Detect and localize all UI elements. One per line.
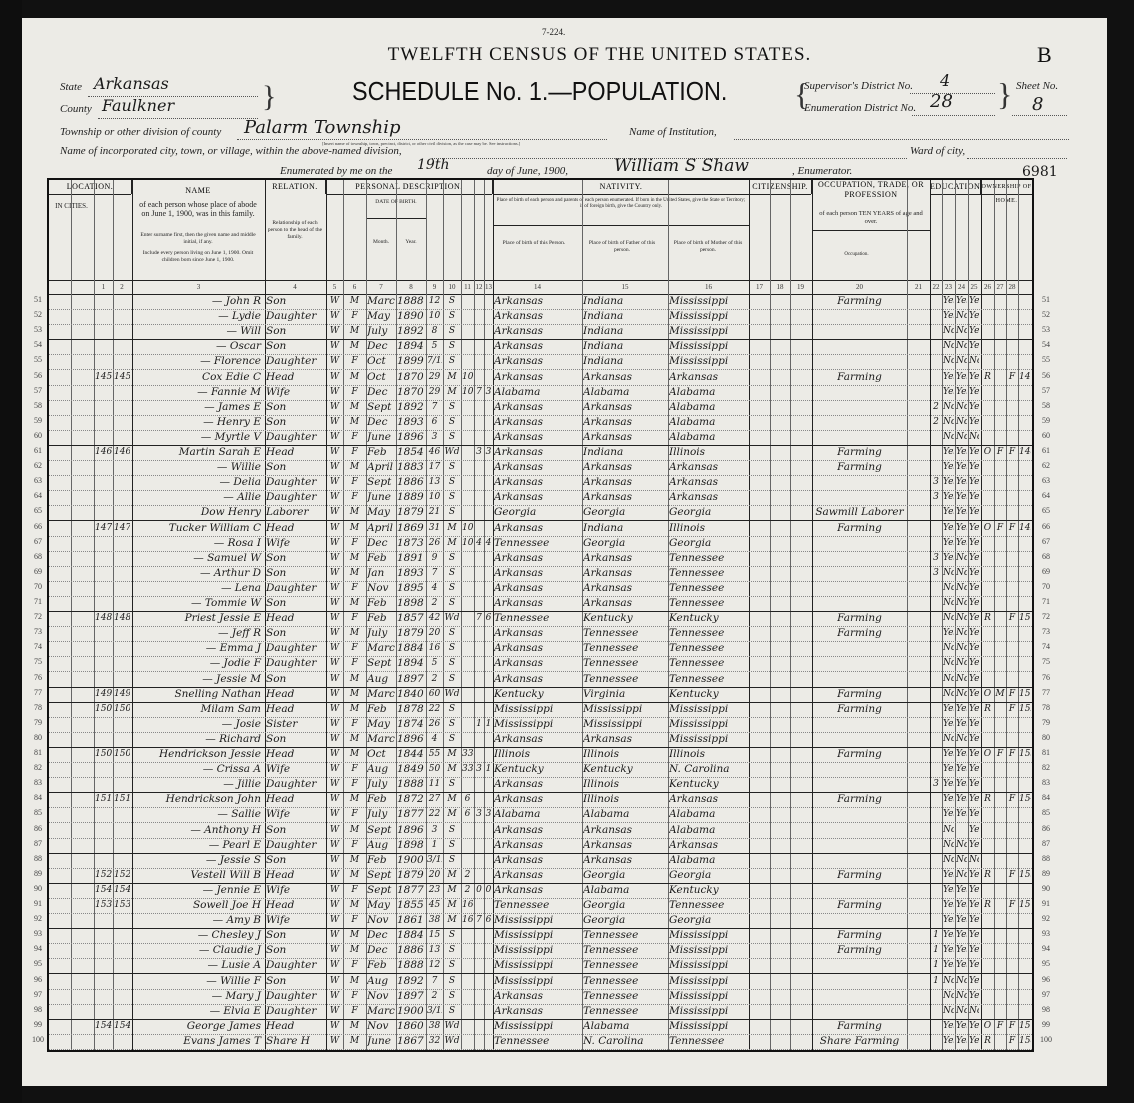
cell-write: No bbox=[956, 974, 967, 989]
cell-write: Yes bbox=[956, 928, 967, 943]
cell-farm bbox=[1007, 324, 1017, 339]
cell-farm bbox=[1007, 596, 1017, 611]
cell-write: Yes bbox=[956, 475, 967, 490]
cell-father-birth: Georgia bbox=[583, 913, 667, 928]
cell-write: Yes bbox=[956, 943, 967, 958]
cell-father-birth: Tennessee bbox=[583, 1004, 667, 1019]
cell-mortgage bbox=[995, 475, 1005, 490]
cell-write: No bbox=[956, 566, 967, 581]
cell-farm bbox=[1007, 551, 1017, 566]
cell-dwelling bbox=[95, 475, 112, 490]
cell-age: 5 bbox=[427, 656, 442, 671]
cell-mother-birth: Tennessee bbox=[669, 626, 748, 641]
cell-children-born bbox=[475, 1019, 483, 1034]
cell-color: W bbox=[327, 475, 342, 490]
cell-school bbox=[931, 898, 941, 913]
line-number: 52 bbox=[1034, 310, 1058, 319]
cell-father-birth: Alabama bbox=[583, 1019, 667, 1034]
cell-children-born bbox=[475, 687, 483, 702]
cell-sex: M bbox=[344, 928, 365, 943]
line-number: 70 bbox=[1034, 582, 1058, 591]
table-row: Evans James TShare HWMJune186732WdTennes… bbox=[49, 1034, 1032, 1050]
cell-mortgage bbox=[995, 430, 1005, 445]
cell-owned: O bbox=[982, 687, 993, 702]
cell-farm bbox=[1007, 943, 1017, 958]
cell-mortgage bbox=[995, 717, 1005, 732]
cell-mortgage bbox=[995, 883, 1005, 898]
cell-mother-birth: Illinois bbox=[669, 521, 748, 536]
cell-schedule bbox=[1019, 536, 1031, 551]
cell-age: 4 bbox=[427, 581, 442, 596]
cell-relation: Daughter bbox=[266, 838, 324, 853]
cell-yrs-married bbox=[462, 490, 473, 505]
population-table: LOCATION. NAME RELATION. PERSONAL DESCRI… bbox=[47, 178, 1034, 1052]
cell-relation: Son bbox=[266, 294, 324, 309]
cell-children-living bbox=[485, 309, 492, 324]
cell-marital: S bbox=[444, 823, 460, 838]
city-label: Name of incorporated city, town, or vill… bbox=[60, 145, 402, 157]
cell-age: 2 bbox=[427, 989, 442, 1004]
cell-name: Dow Henry bbox=[133, 505, 264, 520]
cell-mortgage bbox=[995, 762, 1005, 777]
cell-yrs-married bbox=[462, 853, 473, 868]
cell-father-birth: Tennessee bbox=[583, 626, 667, 641]
cell-father-birth: Arkansas bbox=[583, 460, 667, 475]
cell-dwelling: 152 bbox=[95, 868, 112, 883]
cell-school: 3 bbox=[931, 566, 941, 581]
cell-age: 38 bbox=[427, 1019, 442, 1034]
cell-children-living bbox=[485, 324, 492, 339]
cell-dwelling bbox=[95, 626, 112, 641]
cell-birth: Arkansas bbox=[494, 838, 581, 853]
cell-yrs-married bbox=[462, 974, 473, 989]
cell-month: Aug bbox=[367, 838, 395, 853]
table-row: — DeliaDaughterWFSept188613SArkansasArka… bbox=[49, 475, 1032, 491]
cell-farm: F bbox=[1007, 445, 1017, 460]
cell-mother-birth: Arkansas bbox=[669, 370, 748, 385]
cell-schedule: 148 bbox=[1019, 445, 1031, 460]
cell-write: Yes bbox=[956, 445, 967, 460]
cell-name: — Josie bbox=[133, 717, 264, 732]
cell-read: Yes bbox=[943, 762, 954, 777]
cell-month: Feb bbox=[367, 445, 395, 460]
cell-english: Yes bbox=[969, 958, 979, 973]
cell-children-born bbox=[475, 943, 483, 958]
cell-color: W bbox=[327, 777, 342, 792]
cell-read: No bbox=[943, 611, 954, 626]
cell-family bbox=[114, 853, 130, 868]
line-number: 60 bbox=[1034, 431, 1058, 440]
cell-relation: Son bbox=[266, 551, 324, 566]
cell-marital: S bbox=[444, 717, 460, 732]
cell-month: April bbox=[367, 521, 395, 536]
cell-children-born bbox=[475, 853, 483, 868]
cell-children-living bbox=[485, 868, 492, 883]
section-nativity: NATIVITY. bbox=[493, 180, 750, 194]
cell-occupation bbox=[813, 596, 906, 611]
line-number: 69 bbox=[1034, 567, 1058, 576]
cell-name: — Amy B bbox=[133, 913, 264, 928]
cell-mother-birth: Mississippi bbox=[669, 943, 748, 958]
cell-year: 1898 bbox=[397, 838, 425, 853]
cell-yrs-married: 6 bbox=[462, 807, 473, 822]
cell-school bbox=[931, 687, 941, 702]
cell-father-birth: Indiana bbox=[583, 309, 667, 324]
cell-year: 1840 bbox=[397, 687, 425, 702]
cell-sex: F bbox=[344, 581, 365, 596]
cell-occupation: Farming bbox=[813, 611, 906, 626]
table-row: — Mary JDaughterWFNov18972SArkansasTenne… bbox=[49, 989, 1032, 1005]
cell-year: 1894 bbox=[397, 656, 425, 671]
table-row: Dow HenryLaborerWMMay187921SGeorgiaGeorg… bbox=[49, 505, 1032, 521]
cell-name: — Jillie bbox=[133, 777, 264, 792]
cell-school bbox=[931, 611, 941, 626]
cell-occupation: Farming bbox=[813, 294, 906, 309]
cell-age: 26 bbox=[427, 536, 442, 551]
cell-birth: Tennessee bbox=[494, 1034, 581, 1049]
cell-write: Yes bbox=[956, 521, 967, 536]
cell-sex: F bbox=[344, 490, 365, 505]
cell-relation: Wife bbox=[266, 762, 324, 777]
cell-year: 1872 bbox=[397, 792, 425, 807]
cell-occupation bbox=[813, 958, 906, 973]
cell-birth: Tennessee bbox=[494, 611, 581, 626]
cell-english: Yes bbox=[969, 656, 979, 671]
cell-write: No bbox=[956, 581, 967, 596]
line-number: 64 bbox=[1034, 491, 1058, 500]
cell-sex: F bbox=[344, 838, 365, 853]
cell-schedule bbox=[1019, 581, 1031, 596]
cell-schedule bbox=[1019, 974, 1031, 989]
cell-dwelling bbox=[95, 823, 112, 838]
cell-children-born bbox=[475, 838, 483, 853]
table-row: 150150Hendrickson JessieHeadWMOct184455M… bbox=[49, 747, 1032, 763]
cell-sex: M bbox=[344, 898, 365, 913]
cell-color: W bbox=[327, 430, 342, 445]
cell-year: 1900 bbox=[397, 853, 425, 868]
cell-schedule bbox=[1019, 490, 1031, 505]
line-number: 55 bbox=[1034, 355, 1058, 364]
cell-relation: Daughter bbox=[266, 490, 324, 505]
cell-relation: Daughter bbox=[266, 430, 324, 445]
cell-english: Yes bbox=[969, 521, 979, 536]
cell-yrs-married: 2 bbox=[462, 868, 473, 883]
cell-relation: Daughter bbox=[266, 309, 324, 324]
cell-occupation bbox=[813, 974, 906, 989]
cell-marital: M bbox=[444, 868, 460, 883]
cell-color: W bbox=[327, 913, 342, 928]
table-row: — Tommie WSonWMFeb18982SArkansasArkansas… bbox=[49, 596, 1032, 612]
cell-relation: Head bbox=[266, 868, 324, 883]
cell-family bbox=[114, 974, 130, 989]
cell-father-birth: Tennessee bbox=[583, 974, 667, 989]
cell-relation: Son bbox=[266, 928, 324, 943]
cell-marital: S bbox=[444, 838, 460, 853]
table-row: 154154George JamesHeadWMNov186038WdMissi… bbox=[49, 1019, 1032, 1035]
cell-relation: Son bbox=[266, 626, 324, 641]
cell-family bbox=[114, 989, 130, 1004]
cell-school bbox=[931, 309, 941, 324]
cell-sex: F bbox=[344, 762, 365, 777]
cell-marital: S bbox=[444, 566, 460, 581]
cell-farm bbox=[1007, 807, 1017, 822]
line-number: 68 bbox=[1034, 552, 1058, 561]
name-instr1: Enter surname first, then the given name… bbox=[135, 232, 261, 246]
line-number: 62 bbox=[26, 461, 50, 470]
line-number: 92 bbox=[1034, 914, 1058, 923]
cell-mortgage bbox=[995, 989, 1005, 1004]
cell-color: W bbox=[327, 656, 342, 671]
cell-schedule bbox=[1019, 672, 1031, 687]
table-row: — John RSonWMMarch188812SArkansasIndiana… bbox=[49, 294, 1032, 310]
cell-relation: Daughter bbox=[266, 958, 324, 973]
cell-school: 1 bbox=[931, 943, 941, 958]
cell-color: W bbox=[327, 566, 342, 581]
cell-month: June bbox=[367, 430, 395, 445]
cell-color: W bbox=[327, 1034, 342, 1049]
cell-relation: Son bbox=[266, 943, 324, 958]
cell-read: Yes bbox=[943, 898, 954, 913]
cell-family bbox=[114, 581, 130, 596]
cell-color: W bbox=[327, 626, 342, 641]
cell-name: — Crissa A bbox=[133, 762, 264, 777]
cell-relation: Son bbox=[266, 339, 324, 354]
cell-father-birth: Arkansas bbox=[583, 400, 667, 415]
cell-children-living bbox=[485, 566, 492, 581]
cell-dwelling bbox=[95, 339, 112, 354]
cell-write: No bbox=[956, 853, 967, 868]
cell-english: Yes bbox=[969, 732, 979, 747]
cell-owned: R bbox=[982, 898, 993, 913]
line-number: 85 bbox=[26, 808, 50, 817]
cell-schedule bbox=[1019, 777, 1031, 792]
occupation-col-label: Occupation. bbox=[814, 250, 899, 259]
cell-age: 42 bbox=[427, 611, 442, 626]
line-number: 88 bbox=[1034, 854, 1058, 863]
cell-father-birth: Georgia bbox=[583, 536, 667, 551]
cell-family bbox=[114, 309, 130, 324]
cell-read: No bbox=[943, 641, 954, 656]
cell-children-living bbox=[485, 732, 492, 747]
cell-sex: F bbox=[344, 1004, 365, 1019]
table-row: — Willie FSonWMAug18927SMississippiTenne… bbox=[49, 974, 1032, 990]
line-number: 52 bbox=[26, 310, 50, 319]
cell-color: W bbox=[327, 460, 342, 475]
cell-schedule bbox=[1019, 294, 1031, 309]
cell-children-living: 4 bbox=[485, 536, 492, 551]
cell-mortgage: M bbox=[995, 687, 1005, 702]
cell-mortgage bbox=[995, 672, 1005, 687]
line-number: 73 bbox=[1034, 627, 1058, 636]
cell-occupation: Farming bbox=[813, 868, 906, 883]
cell-family bbox=[114, 626, 130, 641]
column-number: 20 bbox=[812, 280, 907, 294]
line-number: 72 bbox=[26, 612, 50, 621]
cell-color: W bbox=[327, 717, 342, 732]
cell-father-birth: Indiana bbox=[583, 354, 667, 369]
table-row: — LydieDaughterWFMay189010SArkansasIndia… bbox=[49, 309, 1032, 325]
cell-color: W bbox=[327, 324, 342, 339]
cell-birth: Arkansas bbox=[494, 521, 581, 536]
table-row: — Myrtle VDaughterWFJune18963SArkansasAr… bbox=[49, 430, 1032, 446]
table-row: — Crissa AWifeWFAug184950M3331KentuckyKe… bbox=[49, 762, 1032, 778]
cell-age: 60 bbox=[427, 687, 442, 702]
cell-children-living bbox=[485, 626, 492, 641]
cell-occupation bbox=[813, 807, 906, 822]
cell-marital: Wd bbox=[444, 611, 460, 626]
cell-yrs-married bbox=[462, 823, 473, 838]
line-number: 78 bbox=[26, 703, 50, 712]
cell-owned: O bbox=[982, 747, 993, 762]
cell-children-born bbox=[475, 672, 483, 687]
cell-name: — Mary J bbox=[133, 989, 264, 1004]
cell-marital: M bbox=[444, 883, 460, 898]
cell-read: No bbox=[943, 415, 954, 430]
cell-father-birth: Illinois bbox=[583, 792, 667, 807]
cell-father-birth: Alabama bbox=[583, 385, 667, 400]
cell-english: No bbox=[969, 853, 979, 868]
cell-children-born bbox=[475, 1004, 483, 1019]
cell-sex: F bbox=[344, 656, 365, 671]
cell-month: Aug bbox=[367, 672, 395, 687]
table-row: — Jeff RSonWMJuly187920SArkansasTennesse… bbox=[49, 626, 1032, 642]
cell-children-born bbox=[475, 777, 483, 792]
line-number: 77 bbox=[1034, 688, 1058, 697]
cell-mortgage bbox=[995, 898, 1005, 913]
table-row: — LenaDaughterWFNov18954SArkansasArkansa… bbox=[49, 581, 1032, 597]
column-number: 11 bbox=[461, 280, 474, 294]
cell-month: July bbox=[367, 626, 395, 641]
cell-year: 1888 bbox=[397, 294, 425, 309]
cell-color: W bbox=[327, 853, 342, 868]
cell-family: 148 bbox=[114, 611, 130, 626]
cell-month: March bbox=[367, 687, 395, 702]
cell-owned bbox=[982, 807, 993, 822]
cell-occupation bbox=[813, 838, 906, 853]
cell-children-born bbox=[475, 958, 483, 973]
cell-english: Yes bbox=[969, 883, 979, 898]
line-number: 86 bbox=[26, 824, 50, 833]
cell-family: 149 bbox=[114, 687, 130, 702]
cell-mother-birth: Mississippi bbox=[669, 989, 748, 1004]
cell-relation: Head bbox=[266, 611, 324, 626]
cell-relation: Sister bbox=[266, 717, 324, 732]
table-row: 151151Hendrickson JohnHeadWMFeb187227M6A… bbox=[49, 792, 1032, 808]
cell-marital: M bbox=[444, 807, 460, 822]
cell-english: Yes bbox=[969, 641, 979, 656]
cell-name: — Emma J bbox=[133, 641, 264, 656]
cell-family bbox=[114, 596, 130, 611]
cell-birth: Georgia bbox=[494, 505, 581, 520]
cell-marital: Wd bbox=[444, 1034, 460, 1049]
cell-school bbox=[931, 838, 941, 853]
cell-read: No bbox=[943, 989, 954, 1004]
cell-dwelling bbox=[95, 838, 112, 853]
cell-children-born bbox=[475, 370, 483, 385]
cell-father-birth: Arkansas bbox=[583, 370, 667, 385]
cell-yrs-married: 10 bbox=[462, 536, 473, 551]
cell-mortgage: F bbox=[995, 445, 1005, 460]
cell-sex: M bbox=[344, 672, 365, 687]
cell-family bbox=[114, 717, 130, 732]
cell-dwelling bbox=[95, 1004, 112, 1019]
cell-english: Yes bbox=[969, 777, 979, 792]
cell-write: No bbox=[956, 1004, 967, 1019]
cell-farm: F bbox=[1007, 1034, 1017, 1049]
cell-birth: Arkansas bbox=[494, 626, 581, 641]
cell-father-birth: Tennessee bbox=[583, 656, 667, 671]
cell-family bbox=[114, 762, 130, 777]
cell-name: Cox Edie C bbox=[133, 370, 264, 385]
sheet-value: 8 bbox=[1032, 94, 1043, 115]
cell-write: No bbox=[956, 400, 967, 415]
cell-family bbox=[114, 551, 130, 566]
cell-month: May bbox=[367, 898, 395, 913]
cell-birth: Arkansas bbox=[494, 656, 581, 671]
cell-mother-birth: Illinois bbox=[669, 445, 748, 460]
cell-write: Yes bbox=[956, 490, 967, 505]
cell-english: Yes bbox=[969, 823, 979, 838]
cell-mother-birth: Georgia bbox=[669, 505, 748, 520]
cell-birth: Alabama bbox=[494, 385, 581, 400]
cell-mortgage bbox=[995, 868, 1005, 883]
line-number: 66 bbox=[26, 522, 50, 531]
cell-schedule: 157 bbox=[1019, 1019, 1031, 1034]
cell-write: No bbox=[956, 626, 967, 641]
cell-family bbox=[114, 1034, 130, 1049]
cell-father-birth: Tennessee bbox=[583, 672, 667, 687]
cell-father-birth: Alabama bbox=[583, 883, 667, 898]
cell-mortgage bbox=[995, 1034, 1005, 1049]
cell-father-birth: Georgia bbox=[583, 868, 667, 883]
schedule-title: SCHEDULE No. 1.—POPULATION. bbox=[352, 76, 727, 107]
line-number: 93 bbox=[1034, 929, 1058, 938]
line-number: 51 bbox=[26, 295, 50, 304]
cell-farm bbox=[1007, 490, 1017, 505]
cell-school bbox=[931, 868, 941, 883]
cell-sex: M bbox=[344, 324, 365, 339]
cell-birth: Arkansas bbox=[494, 415, 581, 430]
cell-read: No bbox=[943, 581, 954, 596]
cell-dwelling bbox=[95, 777, 112, 792]
cell-sex: M bbox=[344, 853, 365, 868]
cell-father-birth: Indiana bbox=[583, 339, 667, 354]
cell-year: 1860 bbox=[397, 1019, 425, 1034]
cell-children-born bbox=[475, 928, 483, 943]
cell-sex: F bbox=[344, 958, 365, 973]
cell-english: Yes bbox=[969, 747, 979, 762]
cell-children-living: 3 bbox=[485, 385, 492, 400]
cell-age: 38 bbox=[427, 913, 442, 928]
cell-schedule bbox=[1019, 475, 1031, 490]
cell-school bbox=[931, 354, 941, 369]
cell-owned bbox=[982, 415, 993, 430]
cell-year: 1895 bbox=[397, 581, 425, 596]
cell-children-living bbox=[485, 1034, 492, 1049]
cell-color: W bbox=[327, 551, 342, 566]
cell-mortgage bbox=[995, 460, 1005, 475]
line-number: 54 bbox=[1034, 340, 1058, 349]
cell-occupation bbox=[813, 732, 906, 747]
cell-owned bbox=[982, 581, 993, 596]
cell-english: Yes bbox=[969, 626, 979, 641]
cell-children-born bbox=[475, 1034, 483, 1049]
cell-birth: Arkansas bbox=[494, 732, 581, 747]
cell-sex: F bbox=[344, 641, 365, 656]
cell-occupation bbox=[813, 324, 906, 339]
cell-mother-birth: Arkansas bbox=[669, 475, 748, 490]
cell-month: March bbox=[367, 294, 395, 309]
